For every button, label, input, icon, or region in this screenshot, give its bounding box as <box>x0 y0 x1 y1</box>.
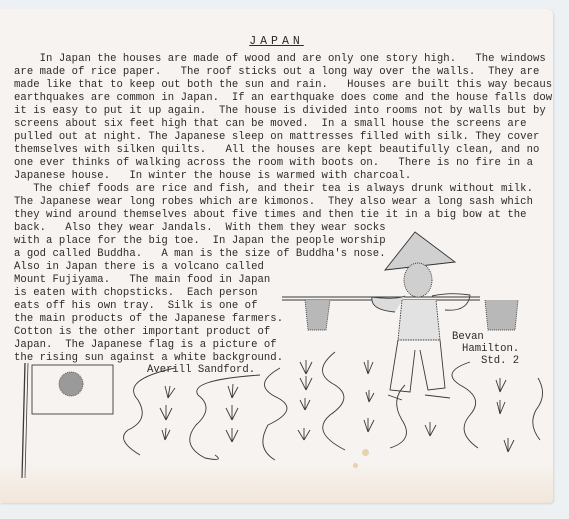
japanese-flag-icon <box>22 363 113 478</box>
paper-stain <box>353 463 358 468</box>
rice-plant-icons <box>160 360 514 452</box>
rice-paddy-lines-icon <box>124 352 543 460</box>
paper-stain <box>362 449 369 456</box>
illustrations <box>0 9 553 503</box>
man-figure-icon <box>372 232 470 400</box>
typed-page: JAPAN In Japan the houses are made of wo… <box>0 9 553 503</box>
